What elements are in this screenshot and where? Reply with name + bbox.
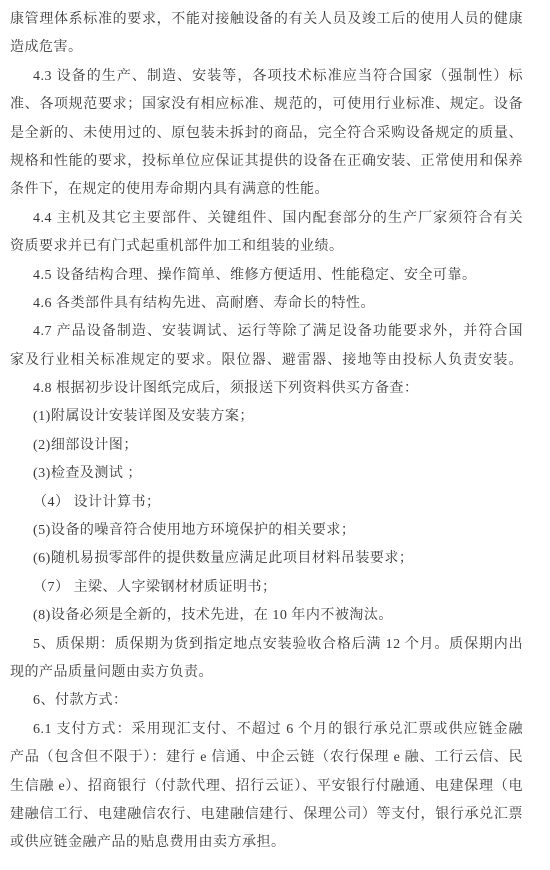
text-line: 或供应链金融产品的贴息费用由卖方承担。 [10, 829, 523, 857]
text-line: 家及行业相关标准规定的要求。限位器、避雷器、接地等由投标人负责安装。 [10, 347, 523, 375]
text-line: 资质要求并已有门式起重机部件加工和组装的业绩。 [10, 233, 523, 261]
text-line: 6、付款方式： [10, 687, 523, 715]
text-line: 4.4 主机及其它主要部件、关键组件、国内配套部分的生产厂家须符合有关 [10, 205, 523, 233]
text-line: 条件下，在规定的使用寿命期内具有满意的性能。 [10, 176, 523, 204]
document-page: 康管理体系标准的要求，不能对接触设备的有关人员及竣工后的使用人员的健康造成危害。… [0, 0, 550, 870]
text-line: 规格和性能的要求，投标单位应保证其提供的设备在正确安装、正常使用和保养 [10, 148, 523, 176]
text-line: 造成危害。 [10, 34, 523, 62]
text-line: 4.8 根据初步设计图纸完成后，须报送下列资料供买方备查： [10, 375, 523, 403]
text-line: 6.1 支付方式：采用现汇支付、不超过 6 个月的银行承兑汇票或供应链金融 [10, 716, 523, 744]
text-line: 产品（包含但不限于）：建行 e 信通、中企云链（农行保理 e 融、工行云信、民 [10, 744, 523, 772]
text-line: (3)检查及测试 ； [10, 460, 523, 488]
text-line: (2)细部设计图； [10, 432, 523, 460]
text-line: 4.6 各类部件具有结构先进、高耐磨、寿命长的特性。 [10, 290, 523, 318]
text-line: 生信融 e）、招商银行（付款代理、招行云证）、平安银行付融通、电建保理（电 [10, 773, 523, 801]
text-line: 现的产品质量问题由卖方负责。 [10, 659, 523, 687]
text-line: 是全新的、未使用过的、原包装未拆封的商品，完全符合采购设备规定的质量、 [10, 120, 523, 148]
text-line: 4.5 设备结构合理、操作简单、维修方便适用、性能稳定、安全可靠。 [10, 262, 523, 290]
text-line: 准、各项规范要求；国家没有相应标准、规范的，可使用行业标准、规定。设备 [10, 91, 523, 119]
text-line: （4） 设计计算书； [10, 489, 523, 517]
text-line: (6)随机易损零部件的提供数量应满足此项目材料吊装要求； [10, 545, 523, 573]
text-line: 5、质保期：质保期为货到指定地点安装验收合格后满 12 个月。质保期内出 [10, 631, 523, 659]
text-line: 建融信工行、电建融信农行、电建融信建行、保理公司）等支付，银行承兑汇票 [10, 801, 523, 829]
text-line: 4.7 产品设备制造、安装调试、运行等除了满足设备功能要求外，并符合国 [10, 318, 523, 346]
text-line: 4.3 设备的生产、制造、安装等，各项技术标准应当符合国家（强制性）标 [10, 63, 523, 91]
document-body: 康管理体系标准的要求，不能对接触设备的有关人员及竣工后的使用人员的健康造成危害。… [10, 6, 523, 858]
text-line: (1)附属设计安装详图及安装方案； [10, 403, 523, 431]
text-line: (5)设备的噪音符合使用地方环境保护的相关要求； [10, 517, 523, 545]
text-line: 康管理体系标准的要求，不能对接触设备的有关人员及竣工后的使用人员的健康 [10, 6, 523, 34]
text-line: （7） 主梁、人字梁钢材材质证明书； [10, 574, 523, 602]
text-line: (8)设备必须是全新的，技术先进，在 10 年内不被淘汰。 [10, 602, 523, 630]
